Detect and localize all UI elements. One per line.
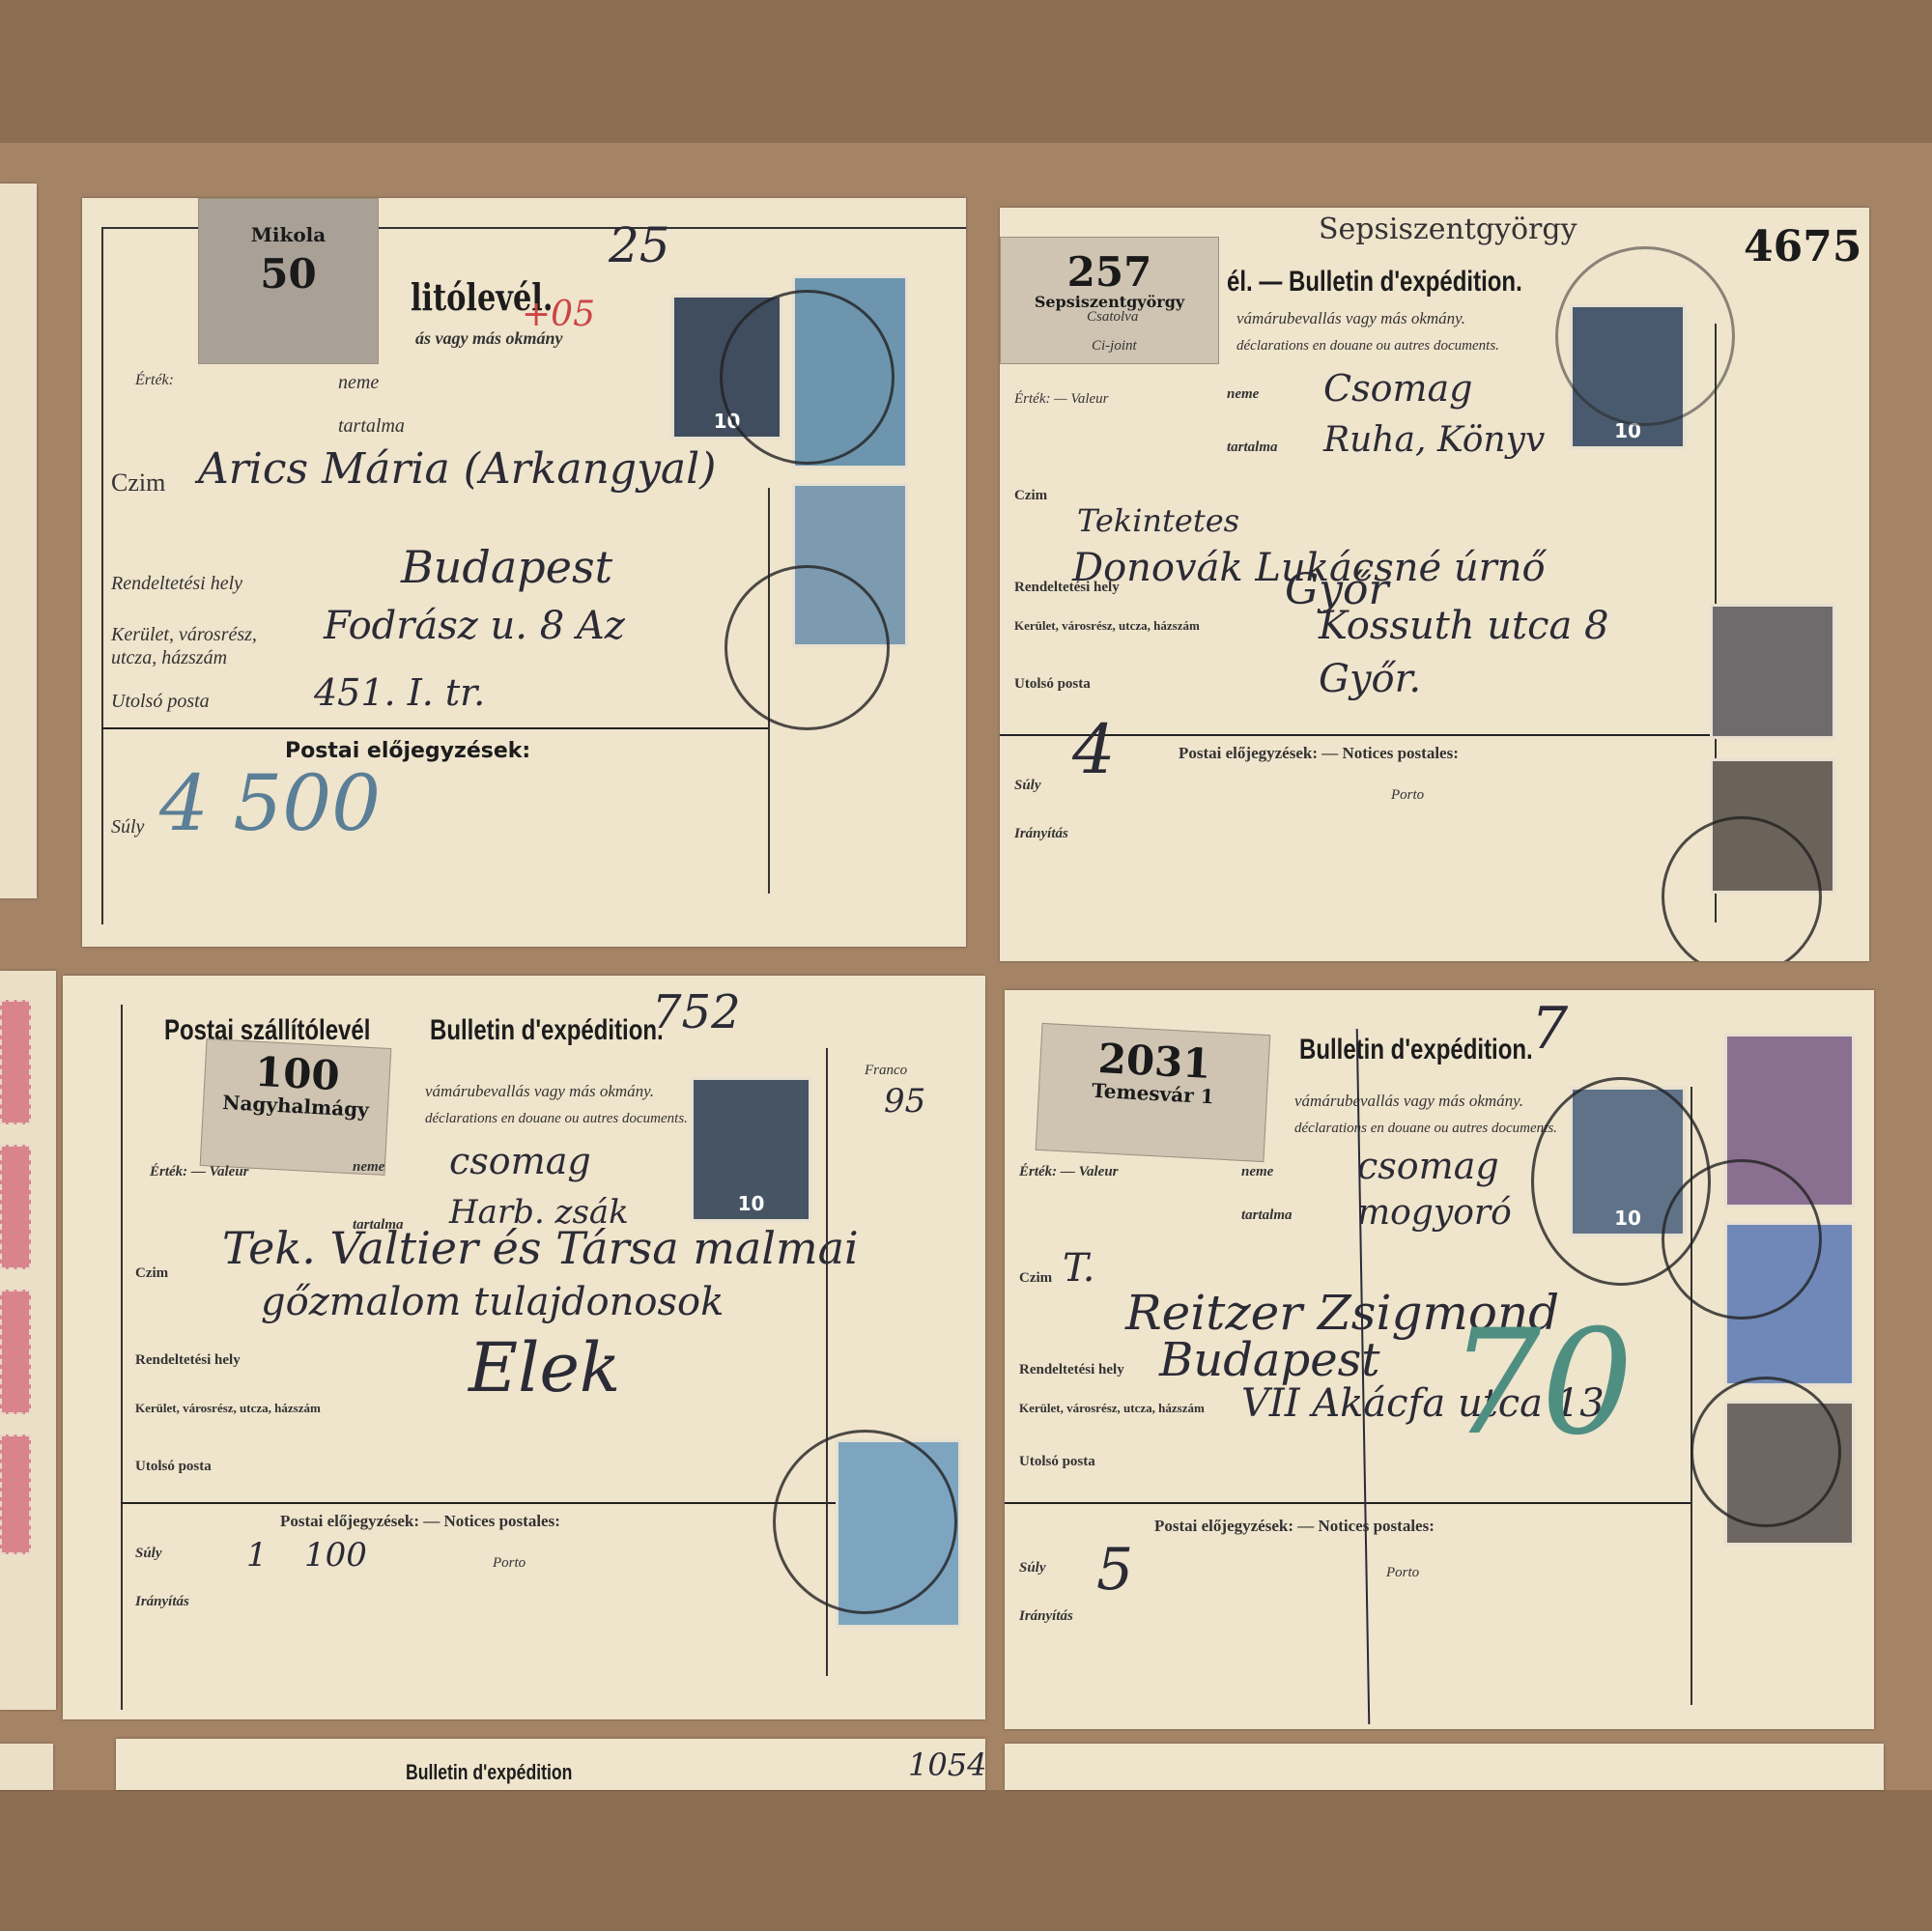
postmark-cancel [773, 1430, 957, 1614]
postage-stamp [1710, 604, 1835, 739]
value-label: Érték: — Valeur [1019, 1164, 1119, 1180]
weight-label: Súly [1014, 778, 1041, 794]
address-label: Czim [1014, 488, 1047, 504]
form-subtitle: ás vagy más okmány [415, 328, 563, 349]
partial-card-bottom [1005, 1744, 1884, 1790]
routing-label: Irányítás [1014, 826, 1068, 842]
destination-label: Rendeltetési hely [1014, 580, 1120, 596]
weight-handwriting: 4 [1072, 710, 1116, 789]
postmark-cancel [1555, 246, 1735, 426]
background-top-band [0, 0, 1932, 143]
dispatch-note-card: 2031 Temesvár 1 Bulletin d'expédition. 7… [1005, 990, 1874, 1729]
porto-label: Porto [1391, 787, 1424, 804]
district-handwriting: Kossuth utca 8 [1319, 604, 1609, 648]
dispatch-note-card: Postai szállítólevél Bulletin d'expéditi… [63, 976, 985, 1719]
district-label: Kerület, városrész, utcza, házszám [135, 1401, 321, 1416]
form-subtitle: vámárubevallás vagy más okmány. [425, 1082, 654, 1101]
red-stamp [0, 1145, 31, 1269]
dispatch-note-card: Mikola 50 litólevél. 25 +05 ás vagy más … [82, 198, 966, 947]
contents-handwriting: mogyoró [1357, 1193, 1512, 1233]
form-title: él. — Bulletin d'expédition. [1227, 266, 1522, 298]
weight-kg-handwriting: 1 [246, 1536, 268, 1575]
porto-label: Porto [493, 1555, 526, 1572]
partial-card-left-bottom [0, 971, 56, 1710]
contents-label: tartalma [1227, 440, 1278, 456]
contents-handwriting: Ruha, Könyv [1323, 420, 1545, 460]
red-stamp [0, 1290, 31, 1414]
form-handwriting: Csomag [1323, 367, 1472, 410]
district-label: Kerület, városrész, utcza, házszám [111, 623, 304, 669]
parcel-label: Mikola 50 [198, 198, 379, 364]
notes-heading: Postai előjegyzések: — Notices postales: [280, 1512, 560, 1531]
address-label: Czim [111, 469, 165, 497]
postmark-cancel [724, 565, 890, 730]
partial-corner-note: 1054 [908, 1746, 985, 1783]
address-label: Czim [1019, 1270, 1052, 1287]
form-label: neme [1227, 386, 1259, 403]
destination-handwriting: Budapest [401, 541, 612, 593]
weight-label: Súly [111, 816, 144, 838]
destination-handwriting: Budapest [1159, 1333, 1380, 1387]
routing-label: Irányítás [1019, 1608, 1073, 1625]
last-post-label: Utolsó posta [1014, 676, 1091, 693]
district-handwriting: Fodrász u. 8 Az [324, 604, 625, 648]
green-note: 70 [1449, 1299, 1634, 1467]
contents-label: tartalma [338, 415, 405, 438]
weight-handwriting: 5 [1096, 1536, 1133, 1604]
partial-card-left-bottom-corner [0, 1744, 53, 1790]
form-title: Bulletin d'expédition. [430, 1014, 664, 1047]
divider [101, 727, 768, 729]
form-label: neme [1241, 1164, 1273, 1180]
parcel-label: 2031 Temesvár 1 [1036, 1023, 1271, 1162]
postage-stamp-10-filler: 10 [691, 1077, 811, 1222]
weight-handwriting: 4 500 [159, 758, 381, 848]
notes-heading: Postai előjegyzések: — Notices postales: [1154, 1517, 1435, 1536]
label-number: 50 [199, 254, 378, 295]
postmark-cancel [1662, 1159, 1822, 1320]
form-label: neme [338, 372, 379, 394]
last-post-handwriting: Győr. [1319, 657, 1421, 701]
address-label: Czim [135, 1265, 168, 1282]
corner-note: 25 [609, 217, 670, 273]
red-stamp [0, 1000, 31, 1124]
form-subtitle: vámárubevallás vagy más okmány. [1294, 1092, 1523, 1111]
form-subtitle: vámárubevallás vagy más okmány. [1236, 309, 1465, 328]
district-label: Kerület, városrész, utcza, házszám [1014, 618, 1200, 634]
red-stamp [0, 1434, 31, 1554]
weight-label: Súly [1019, 1560, 1046, 1576]
partial-card-bottom: Bulletin d'expédition 1054 [116, 1739, 985, 1790]
parcel-label: 100 Nagyhalmágy [200, 1038, 392, 1176]
last-post-handwriting: 451. I. tr. [314, 671, 485, 714]
porto-label: Porto [1386, 1565, 1419, 1581]
destination-label: Rendeltetési hely [111, 573, 242, 595]
form-subtitle-fr: déclarations en douane ou autres documen… [425, 1111, 688, 1127]
last-post-label: Utolsó posta [1019, 1454, 1095, 1470]
form-title: Bulletin d'expédition. [1299, 1034, 1533, 1066]
label-number: 257 [1001, 252, 1218, 293]
form-subtitle-fr: déclarations en douane ou autres documen… [1236, 338, 1499, 355]
value-label: Érték: — Valeur [1014, 391, 1108, 408]
form-label: neme [353, 1159, 384, 1176]
routing-label: Irányítás [135, 1594, 189, 1610]
label-town: Mikola [199, 223, 378, 246]
corner-note: 752 [652, 985, 741, 1039]
postmark-cancel [720, 290, 895, 465]
annex-label-fr: Ci-joint [1092, 338, 1137, 355]
corner-note: 7 [1531, 995, 1568, 1063]
dispatch-note-card: 257 Sepsiszentgyörgy él. — Bulletin d'ex… [1000, 208, 1869, 961]
address-handwriting-2: gőzmalom tulajdonosok [261, 1280, 724, 1324]
form-handwriting: csomag [449, 1140, 591, 1182]
postmark-cancel [1690, 1377, 1841, 1527]
franco-handwriting: 95 [884, 1082, 925, 1121]
partial-card-left-top [0, 184, 37, 898]
value-label: Érték: — Valeur [150, 1164, 249, 1180]
address-handwriting-1: Tekintetes [1077, 502, 1239, 539]
address-handwriting-1: Tek. Valtier és Társa malmai [222, 1222, 859, 1274]
destination-label: Rendeltetési hely [1019, 1362, 1124, 1378]
weight-gr-handwriting: 100 [304, 1536, 367, 1575]
franco-label: Franco [865, 1063, 907, 1079]
contents-label: tartalma [1241, 1207, 1293, 1224]
address-handwriting-1: T. [1063, 1246, 1095, 1291]
destination-handwriting: Elek [469, 1328, 620, 1407]
corner-number: 4675 [1744, 222, 1861, 271]
partial-title: Bulletin d'expédition [406, 1760, 572, 1785]
notes-heading: Postai előjegyzések: — Notices postales: [1179, 744, 1459, 763]
weight-label: Súly [135, 1546, 162, 1562]
form-subtitle-fr: déclarations en douane ou autres documen… [1294, 1121, 1557, 1137]
annex-label: Csatolva [1087, 309, 1138, 326]
form-frame-line [121, 1005, 123, 1710]
background-bottom-band [0, 1790, 1932, 1931]
divider [1005, 1502, 1690, 1504]
town-note: Sepsiszentgyörgy [1319, 213, 1577, 246]
destination-label: Rendeltetési hely [135, 1352, 241, 1369]
stamp-value: 10 [694, 1192, 809, 1215]
address-handwriting: Arics Mária (Arkangyal) [198, 444, 716, 494]
last-post-label: Utolsó posta [135, 1459, 212, 1475]
value-label: Érték: [135, 372, 174, 389]
last-post-label: Utolsó posta [111, 691, 210, 713]
form-handwriting: csomag [1357, 1145, 1499, 1187]
district-label: Kerület, városrész, utcza, házszám [1019, 1401, 1205, 1416]
